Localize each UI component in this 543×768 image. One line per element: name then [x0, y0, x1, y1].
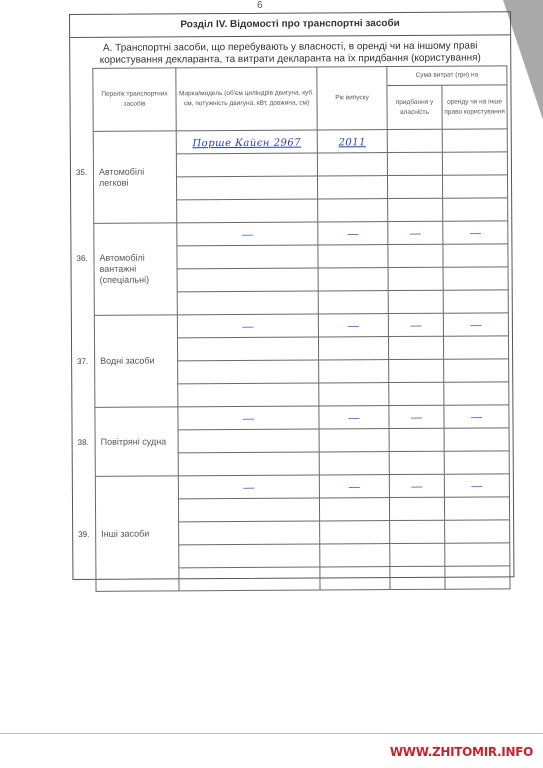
rent-cell — [443, 267, 508, 290]
table-row: 36.Автомобілі вантажні (спеціальні)———— — [94, 221, 508, 247]
model-cell — [177, 337, 318, 361]
row-number: 35. — [76, 166, 87, 177]
rent-cell — [443, 336, 508, 359]
handwritten-model: — — [243, 413, 254, 425]
year-cell: — — [318, 222, 388, 245]
purchase-cell — [388, 267, 443, 290]
year-cell — [317, 153, 387, 176]
year-cell — [318, 337, 388, 360]
rent-cell: — — [443, 221, 508, 244]
header-purchase: придбання у власність — [387, 85, 442, 129]
handwritten-year: — — [348, 412, 359, 424]
year-cell — [319, 452, 389, 475]
rent-cell — [445, 543, 510, 566]
section-title: Розділ IV. Відомості про транспортні зас… — [70, 12, 510, 38]
handwritten-purchase: — — [410, 320, 421, 332]
model-cell — [177, 199, 318, 223]
year-cell — [318, 199, 388, 222]
rent-cell — [444, 497, 509, 520]
rent-cell — [444, 359, 509, 382]
header-model: Марка/модель (об'єм циліндрів двигуна, к… — [176, 67, 317, 131]
year-cell: — — [318, 314, 388, 337]
table-row: 39.Інші засоби———— — [95, 474, 509, 500]
model-cell — [179, 567, 320, 591]
model-cell — [178, 383, 319, 407]
page-number: 6 — [257, 0, 263, 11]
rent-cell — [442, 152, 507, 175]
model-cell — [178, 452, 319, 476]
year-cell: — — [319, 406, 389, 429]
table-row: 38.Повітряні судна———— — [95, 405, 509, 431]
year-cell: — — [319, 475, 389, 498]
rent-cell — [445, 566, 510, 589]
year-cell — [318, 268, 388, 291]
purchase-cell: — — [388, 313, 443, 336]
model-cell: Порше Кайєн 2967 — [176, 130, 317, 154]
category-label: Автомобілі легкові — [99, 166, 144, 187]
handwritten-purchase: — — [411, 481, 422, 493]
handwritten-year: — — [349, 481, 360, 493]
row-number: 39. — [78, 528, 89, 539]
rent-cell — [444, 382, 509, 405]
handwritten-year: — — [347, 228, 358, 240]
model-cell — [177, 268, 318, 292]
rent-cell — [444, 451, 509, 474]
purchase-cell — [389, 451, 444, 474]
category-label: Інші засоби — [101, 528, 149, 538]
model-cell: — — [178, 475, 319, 499]
rent-cell — [445, 520, 510, 543]
header-list: Перелік транспортних засобів — [93, 68, 176, 132]
model-cell — [178, 360, 319, 384]
purchase-cell — [390, 520, 445, 543]
purchase-cell — [388, 336, 443, 359]
handwritten-model: Порше Кайєн 2967 — [192, 138, 301, 150]
purchase-cell: — — [389, 474, 444, 497]
model-cell: — — [177, 222, 318, 246]
header-rent: оренду чи на інше право користування — [442, 85, 507, 129]
year-cell — [319, 498, 389, 521]
handwritten-model: — — [243, 482, 254, 494]
rent-cell — [444, 428, 509, 451]
purchase-cell — [388, 244, 443, 267]
purchase-cell — [389, 359, 444, 382]
handwritten-rent: — — [470, 319, 481, 331]
year-cell — [317, 176, 387, 199]
handwritten-model: — — [242, 229, 253, 241]
purchase-cell — [390, 543, 445, 566]
rent-cell: — — [444, 474, 509, 497]
handwritten-purchase: — — [410, 228, 421, 240]
category-cell: 36.Автомобілі вантажні (спеціальні) — [94, 223, 178, 316]
year-cell — [319, 360, 389, 383]
category-label: Повітряні судна — [101, 436, 167, 446]
handwritten-year: 2011 — [339, 137, 367, 148]
model-cell: — — [177, 314, 318, 338]
category-label: Водні засоби — [100, 355, 155, 365]
vehicles-table-body: 35.Автомобілі легковіПорше Кайєн 2967201… — [93, 129, 510, 592]
model-cell — [178, 498, 319, 522]
header-expenses: Сума витрат (грн) на — [387, 66, 507, 86]
rent-cell — [442, 175, 507, 198]
model-cell — [176, 176, 317, 200]
purchase-cell — [388, 290, 443, 313]
handwritten-purchase: — — [411, 412, 422, 424]
rent-cell — [443, 244, 508, 267]
year-cell: 2011 — [317, 130, 387, 153]
model-cell — [179, 544, 320, 568]
rent-cell — [443, 198, 508, 221]
year-cell — [320, 567, 390, 590]
model-cell — [177, 291, 318, 315]
category-cell: 35.Автомобілі легкові — [93, 131, 177, 224]
purchase-cell — [390, 566, 445, 589]
rent-cell — [442, 129, 507, 152]
handwritten-year: — — [348, 320, 359, 332]
page-edge — [0, 733, 543, 734]
year-cell — [318, 291, 388, 314]
year-cell — [319, 383, 389, 406]
purchase-cell — [389, 382, 444, 405]
rent-cell — [443, 290, 508, 313]
purchase-cell — [387, 175, 442, 198]
purchase-cell: — — [388, 221, 443, 244]
declaration-section: Розділ IV. Відомості про транспортні зас… — [69, 11, 514, 580]
purchase-cell — [389, 428, 444, 451]
model-cell — [178, 429, 319, 453]
year-cell — [320, 544, 390, 567]
handwritten-model: — — [242, 321, 253, 333]
category-cell: 37.Водні засоби — [94, 315, 178, 408]
year-cell — [318, 245, 388, 268]
rent-cell: — — [444, 405, 509, 428]
category-label: Автомобілі вантажні (спеціальні) — [99, 253, 149, 285]
model-cell: — — [178, 406, 319, 430]
model-cell — [176, 153, 317, 177]
purchase-cell: — — [389, 405, 444, 428]
handwritten-rent: — — [471, 480, 482, 492]
table-row: 35.Автомобілі легковіПорше Кайєн 2967201… — [93, 129, 507, 155]
purchase-cell — [389, 497, 444, 520]
row-number: 38. — [78, 436, 89, 447]
purchase-cell — [388, 198, 443, 221]
model-cell — [179, 521, 320, 545]
vehicles-table: Перелік транспортних засобів Марка/модел… — [92, 65, 510, 592]
header-year: Рік випуску — [317, 67, 387, 130]
table-row: 37.Водні засоби———— — [94, 313, 508, 339]
watermark: WWW.ZHITOMIR.INFO — [390, 745, 533, 759]
category-cell: 38.Повітряні судна — [95, 407, 178, 477]
handwritten-rent: — — [470, 227, 481, 239]
purchase-cell — [387, 129, 442, 152]
model-cell — [177, 245, 318, 269]
year-cell — [320, 521, 390, 544]
handwritten-rent: — — [471, 411, 482, 423]
purchase-cell — [387, 152, 442, 175]
row-number: 37. — [77, 356, 88, 367]
row-number: 36. — [76, 253, 87, 264]
year-cell — [319, 429, 389, 452]
category-cell: 39.Інші засоби — [95, 476, 179, 592]
rent-cell: — — [443, 313, 508, 336]
